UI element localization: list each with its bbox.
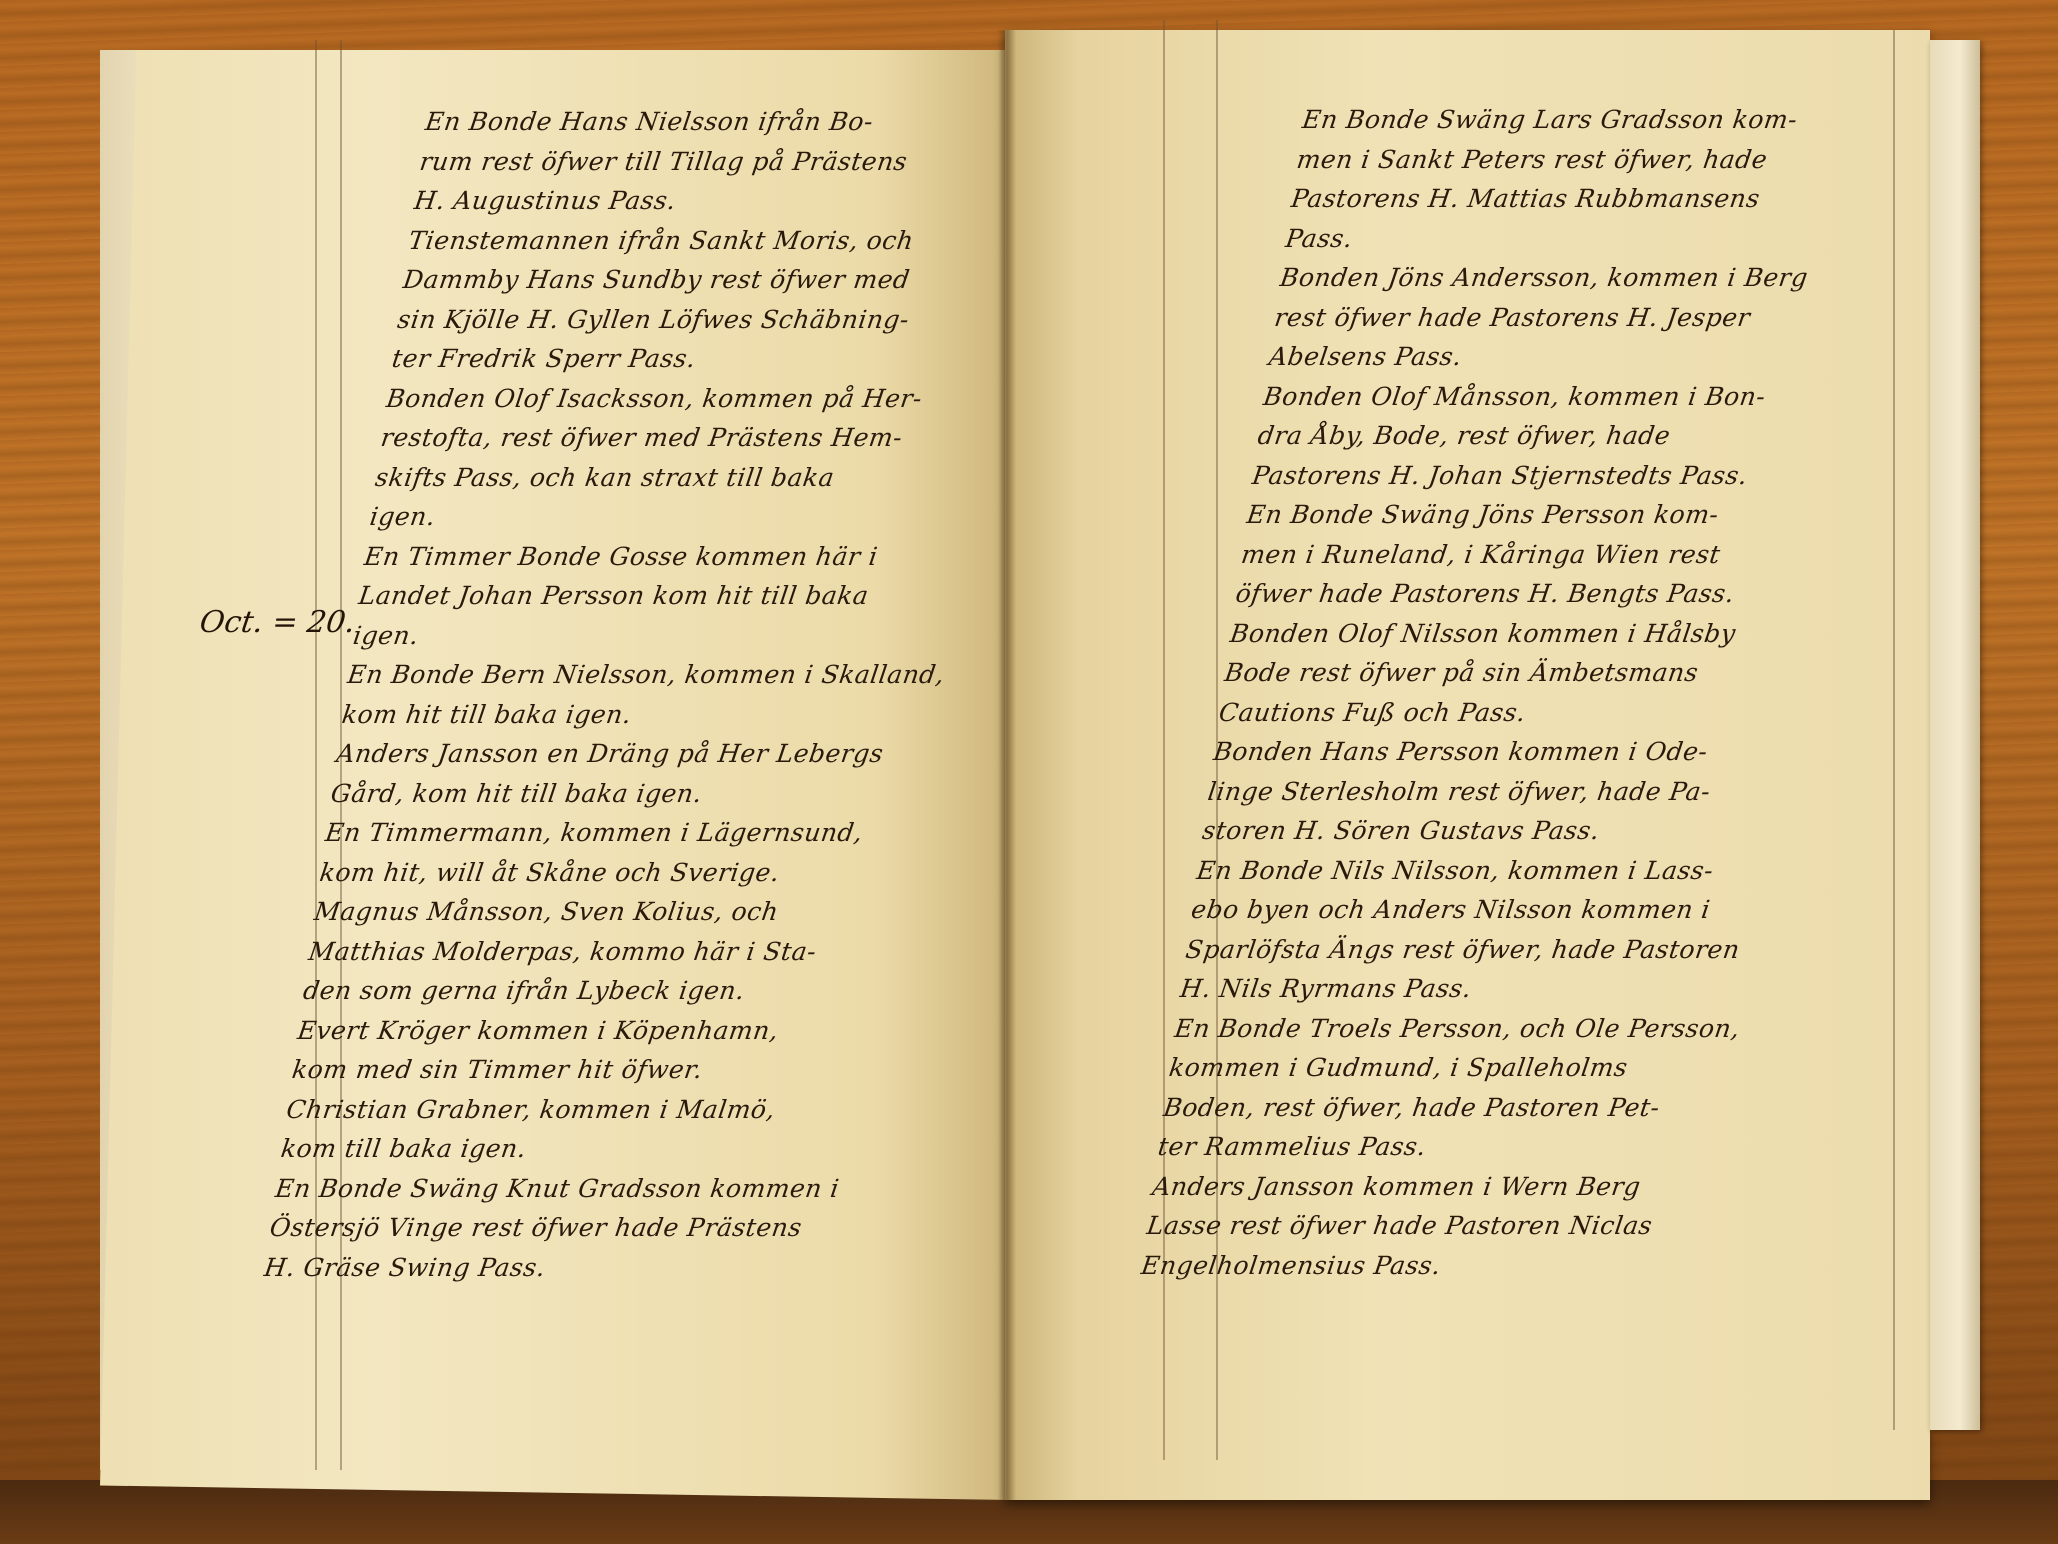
text-line: Bonden Hans Persson kommen i Ode- [1211,732,1897,772]
text-line: igen. [367,497,1033,537]
text-line: En Bonde Swäng Jöns Persson kom- [1244,495,1930,535]
text-line: rest öfwer hade Pastorens H. Jesper [1272,298,1958,338]
text-line: Bonden Olof Nilsson kommen i Hålsby [1228,614,1914,654]
text-line: dra Åby, Bode, rest öfwer, hade [1255,416,1941,456]
text-line: En Bonde Nils Nilsson, kommen i Lass- [1194,851,1880,891]
text-line: En Timmer Bonde Gosse kommen här i [362,537,1028,577]
text-line: Magnus Månsson, Sven Kolius, och [312,892,978,932]
text-line: H. Augustinus Pass. [412,181,1078,221]
text-line: En Timmermann, kommen i Lägernsund, [323,813,989,853]
text-line: men i Runeland, i Kåringa Wien rest [1239,535,1925,575]
text-line: H. Nils Ryrmans Pass. [1178,969,1864,1009]
text-line: Sparlöfsta Ängs rest öfwer, hade Pastore… [1183,930,1869,970]
text-line: Anders Jansson en Dräng på Her Lebergs [334,734,1000,774]
text-line: igen. [351,616,1017,656]
text-line: kommen i Gudmund, i Spalleholms [1166,1048,1852,1088]
text-line: En Bonde Hans Nielsson ifrån Bo- [423,102,1089,142]
text-line: Östersjö Vinge rest öfwer hade Prästens [267,1208,933,1248]
text-line: Pastorens H. Mattias Rubbmansens [1289,179,1975,219]
text-line: H. Gräse Swing Pass. [262,1248,928,1288]
text-line: Dammby Hans Sundby rest öfwer med [401,260,1067,300]
text-line: Abelsens Pass. [1266,337,1952,377]
text-line: men i Sankt Peters rest öfwer, hade [1294,140,1980,180]
text-line: ter Rammelius Pass. [1155,1127,1841,1167]
text-line: Landet Johan Persson kom hit till baka [356,576,1022,616]
text-line: Gård, kom hit till baka igen. [328,774,994,814]
text-line: sin Kjölle H. Gyllen Löfwes Schäbning- [395,300,1061,340]
text-line: Cautions Fuß och Pass. [1216,693,1902,733]
text-line: kom med sin Timmer hit öfwer. [289,1050,955,1090]
text-line: storen H. Sören Gustavs Pass. [1200,811,1886,851]
text-line: Boden, rest öfwer, hade Pastoren Pet- [1161,1088,1847,1128]
text-line: ter Fredrik Sperr Pass. [389,339,1055,379]
text-line: En Bonde Troels Persson, och Ole Persson… [1172,1009,1858,1049]
text-line: restofta, rest öfwer med Prästens Hem- [378,418,1044,458]
text-line: Bode rest öfwer på sin Ämbetsmans [1222,653,1908,693]
text-line: En Bonde Swäng Lars Gradsson kom- [1300,100,1986,140]
text-line: Matthias Molderpas, kommo här i Sta- [306,932,972,972]
text-line: linge Sterlesholm rest öfwer, hade Pa- [1205,772,1891,812]
text-line: Anders Jansson kommen i Wern Berg [1150,1167,1836,1207]
text-line: En Bonde Swäng Knut Gradsson kommen i [273,1169,939,1209]
text-line: Evert Kröger kommen i Köpenhamn, [295,1011,961,1051]
text-line: Bonden Jöns Andersson, kommen i Berg [1278,258,1964,298]
text-line: öfwer hade Pastorens H. Bengts Pass. [1233,574,1919,614]
text-line: kom hit, will åt Skåne och Sverige. [317,853,983,893]
text-line: Bonden Olof Isacksson, kommen på Her- [384,379,1050,419]
text-line: Lasse rest öfwer hade Pastoren Niclas [1144,1206,1830,1246]
text-line: rum rest öfwer till Tillag på Prästens [417,142,1083,182]
text-line: Bonden Olof Månsson, kommen i Bon- [1261,377,1947,417]
text-line: ebo byen och Anders Nilsson kommen i [1189,890,1875,930]
text-line: Tienstemannen ifrån Sankt Moris, och [406,221,1072,261]
text-line: Christian Grabner, kommen i Malmö, [284,1090,950,1130]
text-line: kom hit till baka igen. [339,695,1005,735]
text-line: kom till baka igen. [278,1129,944,1169]
text-line: den som gerna ifrån Lybeck igen. [301,971,967,1011]
text-line: Pastorens H. Johan Stjernstedts Pass. [1250,456,1936,496]
text-line: Pass. [1283,219,1969,259]
text-line: En Bonde Bern Nielsson, kommen i Skallan… [345,655,1011,695]
margin-date: Oct. = 20. [198,605,358,640]
text-line: skifts Pass, och kan straxt till baka [373,458,1039,498]
text-line: Engelholmensius Pass. [1139,1246,1825,1286]
